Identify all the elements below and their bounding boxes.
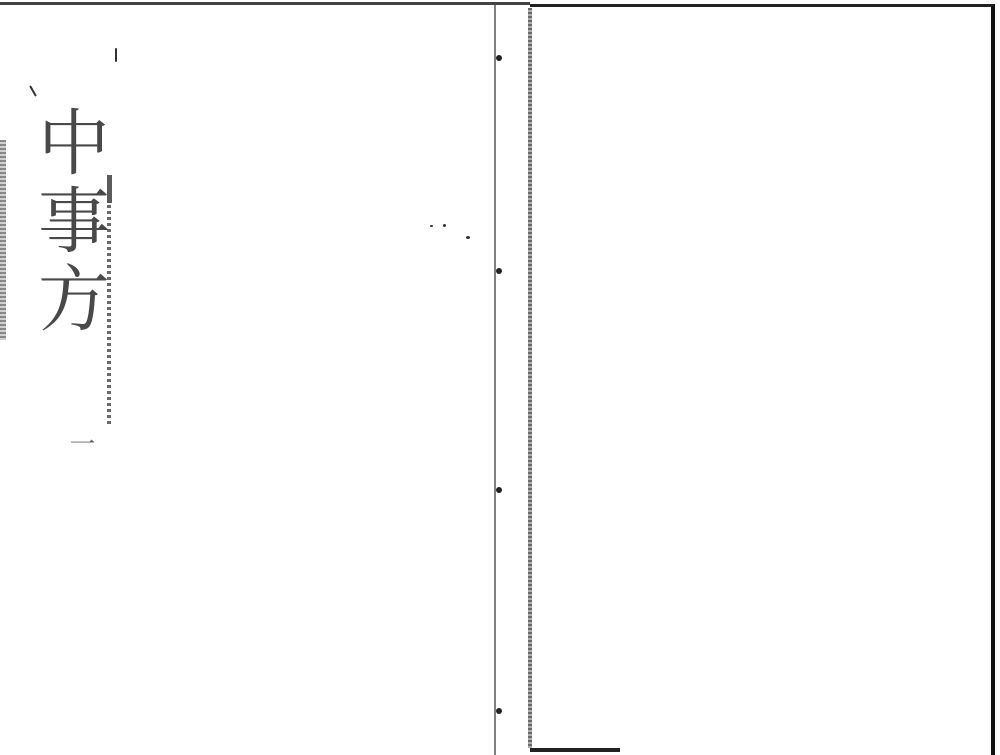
cover-top-edge bbox=[0, 2, 530, 5]
front-cover: 中事方 一 bbox=[0, 0, 495, 755]
title-slip-left-border bbox=[0, 140, 6, 340]
scanned-book-spread: 中事方 一 bbox=[0, 0, 1000, 755]
blank-endpaper bbox=[530, 4, 995, 755]
binding-stitch bbox=[496, 268, 502, 274]
book-title: 中事方 bbox=[28, 105, 108, 339]
ink-speck bbox=[29, 85, 37, 96]
ink-speck bbox=[115, 48, 117, 62]
binding-stitch bbox=[496, 55, 502, 61]
ink-speck bbox=[443, 224, 446, 227]
binding-stitch bbox=[496, 487, 502, 493]
binding-edge bbox=[494, 5, 496, 755]
binding-stitch bbox=[496, 708, 502, 714]
volume-mark: 一 bbox=[62, 430, 99, 456]
ink-speck bbox=[466, 236, 470, 239]
ink-speck bbox=[430, 225, 433, 227]
